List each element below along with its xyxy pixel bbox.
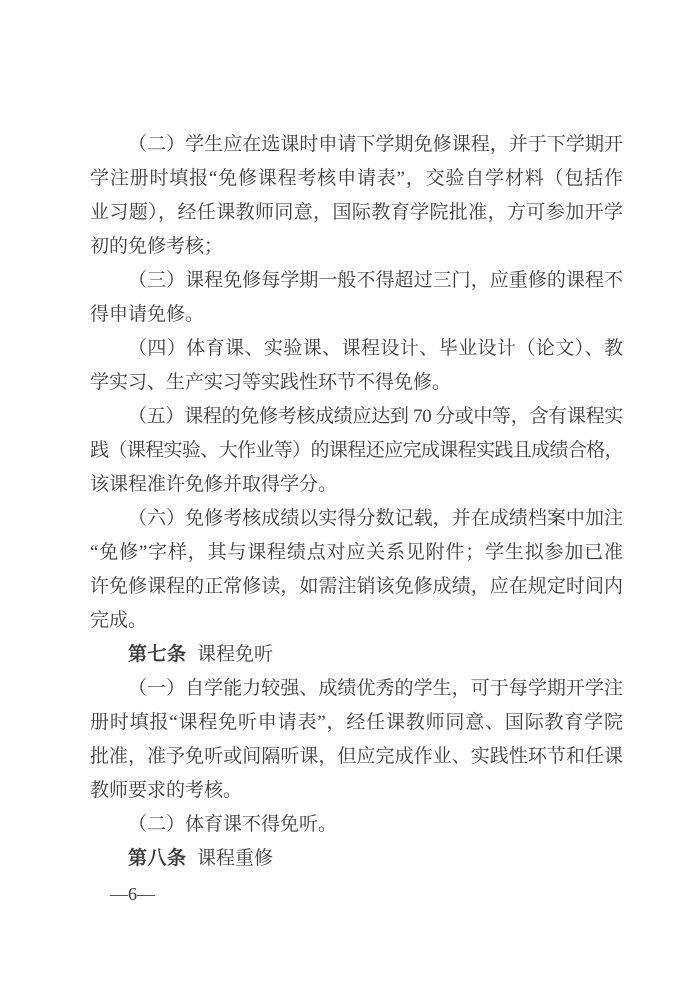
article-7-heading: 第七条课程免听 [90, 638, 623, 672]
paragraph-score-recording: （六）免修考核成绩以实得分数记载，并在成绩档案中加注 “免修”字样，其与课程绩点… [90, 502, 623, 638]
text-line: 学实习、生产实习等实践性环节不得免修。 [90, 366, 623, 400]
text-line: （三）课程免修每学期一般不得超过三门，应重修的课程不 [90, 264, 623, 298]
text-line: 该课程准许免修并取得学分。 [90, 468, 623, 502]
paragraph-exam-score-requirement: （五）课程的免修考核成绩应达到 70 分或中等，含有课程实 践（课程实验、大作业… [90, 400, 623, 502]
article-title: 课程免听 [197, 644, 273, 665]
paragraph-non-exempt-courses: （四）体育课、实验课、课程设计、毕业设计（论文）、教 学实习、生产实习等实践性环… [90, 332, 623, 400]
text-line: （五）课程的免修考核成绩应达到 70 分或中等，含有课程实 [90, 400, 623, 434]
text-line: 批准，准予免听或间隔听课，但应完成作业、实践性环节和任课 [90, 740, 623, 774]
document-page: （二）学生应在选课时申请下学期免修课程，并于下学期开 学注册时填报“免修课程考核… [0, 0, 699, 989]
text-line: 册时填报“课程免听申请表”，经任课教师同意、国际教育学院 [90, 706, 623, 740]
text-line: 得申请免修。 [90, 298, 623, 332]
text-line: （四）体育课、实验课、课程设计、毕业设计（论文）、教 [90, 332, 623, 366]
paragraph-lecture-exemption: （一）自学能力较强、成绩优秀的学生，可于每学期开学注 册时填报“课程免听申请表”… [90, 672, 623, 808]
paragraph-pe-no-exemption: （二）体育课不得免听。 [90, 808, 623, 842]
text-line: 许免修课程的正常修读，如需注销该免修成绩，应在规定时间内 [90, 570, 623, 604]
document-body: （二）学生应在选课时申请下学期免修课程，并于下学期开 学注册时填报“免修课程考核… [90, 128, 623, 876]
page-number: —6— [110, 884, 155, 904]
text-line: （二）体育课不得免听。 [90, 808, 623, 842]
article-number: 第八条 [128, 848, 187, 869]
text-line: （二）学生应在选课时申请下学期免修课程，并于下学期开 [90, 128, 623, 162]
article-8-heading: 第八条课程重修 [90, 842, 623, 876]
text-line: 业习题），经任课教师同意，国际教育学院批准，方可参加开学 [90, 196, 623, 230]
text-line: （六）免修考核成绩以实得分数记载，并在成绩档案中加注 [90, 502, 623, 536]
paragraph-exemption-limit: （三）课程免修每学期一般不得超过三门，应重修的课程不 得申请免修。 [90, 264, 623, 332]
text-line: 教师要求的考核。 [90, 774, 623, 808]
text-line: “免修”字样，其与课程绩点对应关系见附件；学生拟参加已准 [90, 536, 623, 570]
article-number: 第七条 [128, 644, 187, 665]
text-line: （一）自学能力较强、成绩优秀的学生，可于每学期开学注 [90, 672, 623, 706]
text-line: 初的免修考核； [90, 230, 623, 264]
paragraph-exemption-application: （二）学生应在选课时申请下学期免修课程，并于下学期开 学注册时填报“免修课程考核… [90, 128, 623, 264]
text-line: 完成。 [90, 604, 623, 638]
text-line: 学注册时填报“免修课程考核申请表”，交验自学材料（包括作 [90, 162, 623, 196]
article-title: 课程重修 [197, 848, 273, 869]
text-line: 践（课程实验、大作业等）的课程还应完成课程实践且成绩合格， [90, 434, 623, 468]
